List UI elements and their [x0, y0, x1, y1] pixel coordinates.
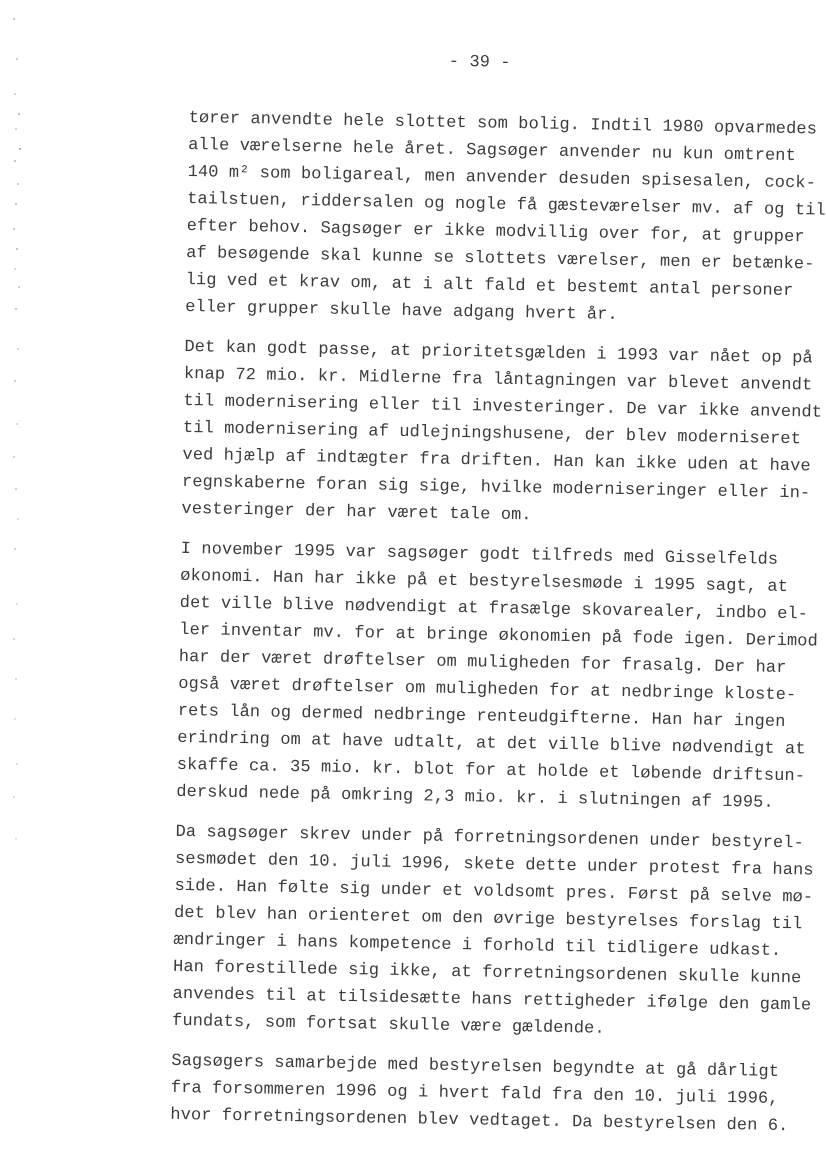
document-content: - 39 - tører anvendte hele slottet som b… [170, 44, 826, 1154]
scan-noise-speckles [13, 18, 15, 20]
body-paragraph: Da sagsøger skrev under på forretningsor… [172, 819, 826, 1047]
body-paragraph: tører anvendte hele slottet som bolig. I… [185, 105, 826, 333]
page-number: - 39 - [190, 44, 770, 82]
body-paragraph: Sagsøgers samarbejde med bestyrelsen beg… [170, 1048, 826, 1141]
scanned-document-page: - 39 - tører anvendte hele slottet som b… [0, 0, 826, 1169]
body-paragraph: I november 1995 var sagsøger godt tilfre… [176, 536, 826, 818]
body-paragraph: Det kan godt passe, at prioritetsgælden … [181, 334, 826, 535]
